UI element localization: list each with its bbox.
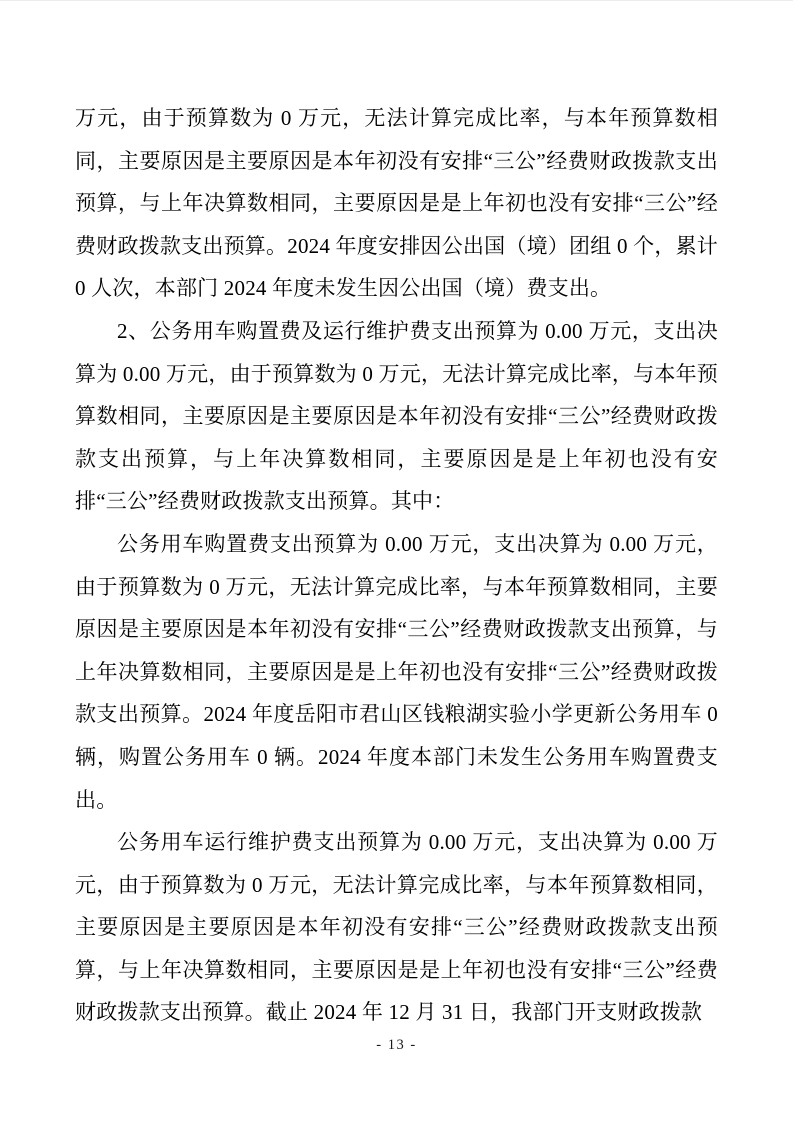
document-body: 万元，由于预算数为 0 万元，无法计算完成比率，与本年预算数相同，主要原因是主要… xyxy=(75,97,718,1034)
body-paragraph: 公务用车运行维护费支出预算为 0.00 万元，支出决算为 0.00 万元，由于预… xyxy=(75,821,718,1034)
body-paragraph: 万元，由于预算数为 0 万元，无法计算完成比率，与本年预算数相同，主要原因是主要… xyxy=(75,97,718,310)
body-paragraph: 公务用车购置费支出预算为 0.00 万元，支出决算为 0.00 万元，由于预算数… xyxy=(75,523,718,821)
document-page: 万元，由于预算数为 0 万元，无法计算完成比率，与本年预算数相同，主要原因是主要… xyxy=(0,0,793,1122)
body-paragraph: 2、公务用车购置费及运行维护费支出预算为 0.00 万元，支出决算为 0.00 … xyxy=(75,310,718,523)
page-number: - 13 - xyxy=(0,1037,793,1054)
